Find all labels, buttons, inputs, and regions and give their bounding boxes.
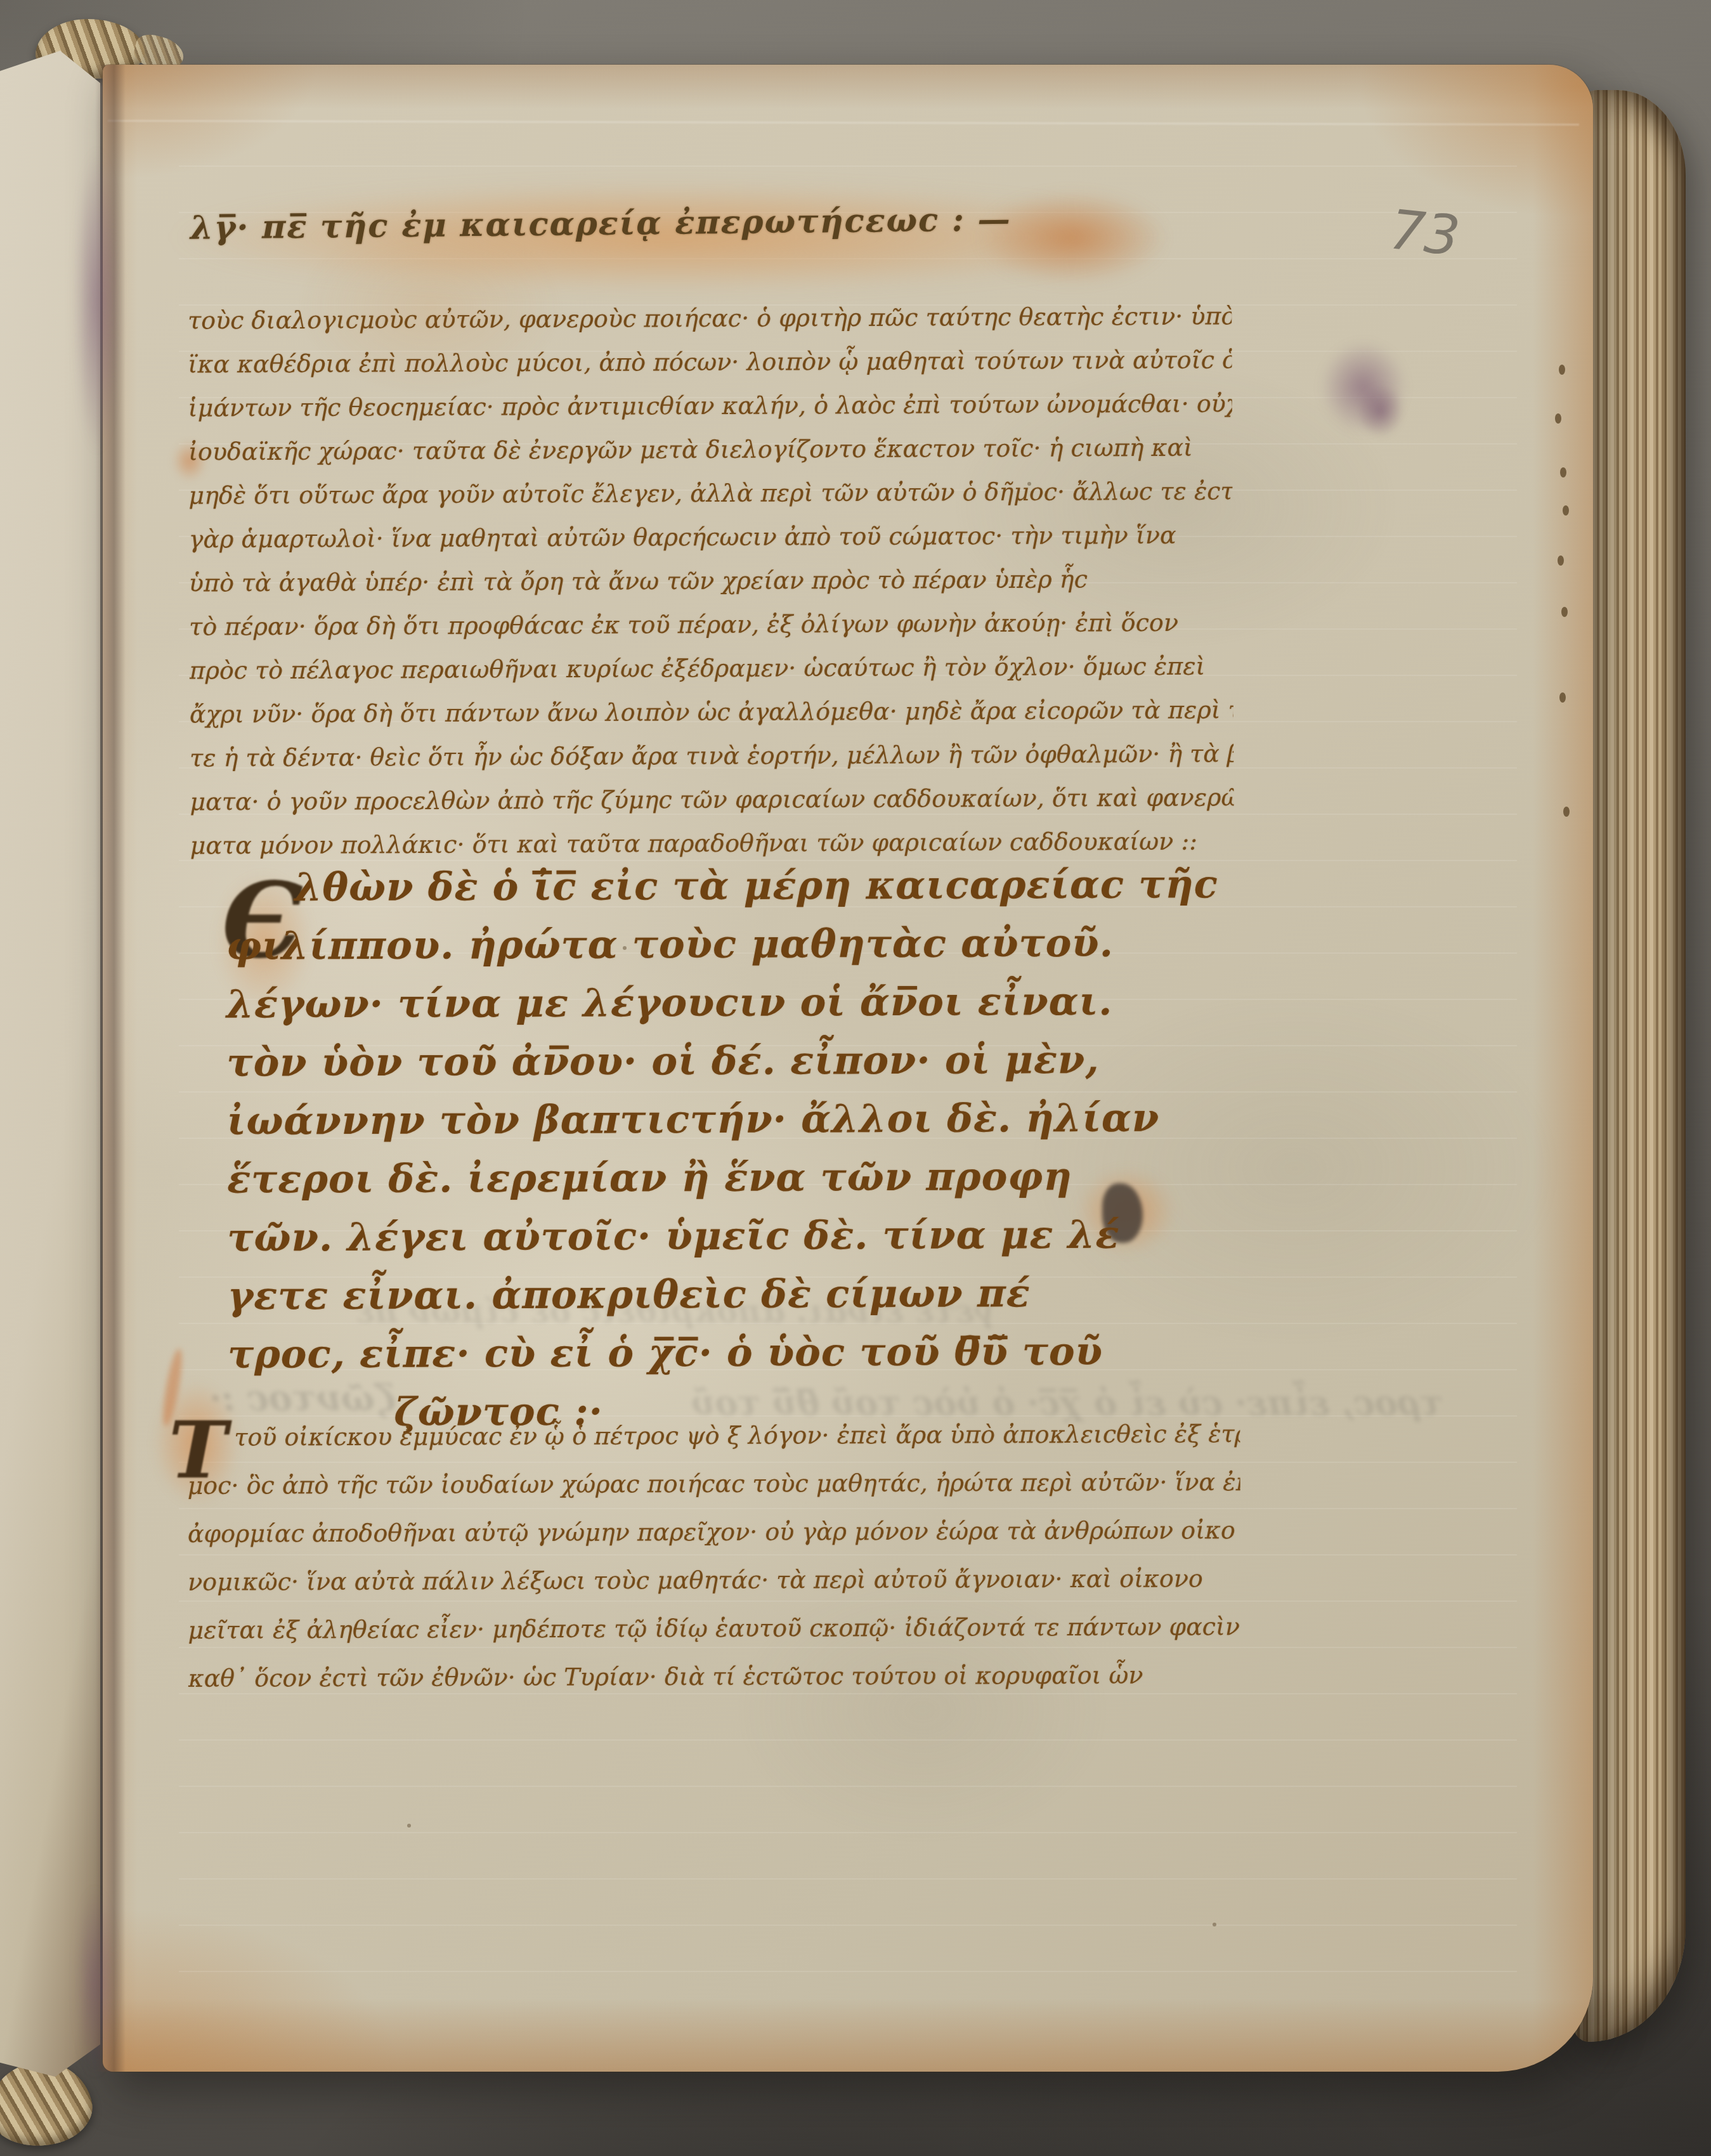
gospel-lection-block: λθὼν δὲ ὁ ἰ̅ϲ̅ εἰϲ τὰ μέρη καιϲαρείαϲ τῆ… <box>226 855 1217 1442</box>
commentary-block-top: τοὺϲ διαλογιϲμοὺϲ αὐτῶν, φανεροὺϲ ποιήϲα… <box>188 294 1234 867</box>
commentary-line: ὑπὸ τὰ ἀγαθὰ ὑπέρ· ἐπὶ τὰ ὄρη τὰ ἄνω τῶν… <box>189 557 1233 605</box>
commentary-line: ἀφορμίαϲ ἀποδοθῆναι αὐτῷ γνώμην παρεῖχον… <box>188 1506 1240 1558</box>
commentary-line: μηδὲ ὅτι οὕτωϲ ἄρα γοῦν αὐτοῖϲ ἔλεγεν, ἀ… <box>188 469 1232 517</box>
commentary-line: τε ἡ τὰ δέντα· θεὶϲ ὅτι ἦν ὡϲ δόξαν ἄρα … <box>190 732 1233 780</box>
lection-line: ἕτεροι δὲ. ἰερεμίαν ἢ ἕνα τῶν προφη <box>227 1147 1216 1209</box>
commentary-line: καθ᾽ ὅϲον ἐϲτὶ τῶν ἐθνῶν· ὡϲ Τυρίαν· διὰ… <box>188 1651 1241 1703</box>
lection-line: τῶν. λέγει αὐτοῖϲ· ὑμεῖϲ δὲ. τίνα με λέ <box>227 1205 1216 1267</box>
commentary-line: νομικῶϲ· ἵνα αὐτὰ πάλιν λέξωϲι τοὺϲ μαθη… <box>188 1554 1240 1606</box>
gutter-shadow <box>95 65 126 2072</box>
lection-line: τροϲ, εἶπε· ϲὺ εἶ ὁ χ̅ϲ̅· ὁ ὑὸϲ τοῦ θ̅ῦ̅… <box>228 1322 1217 1384</box>
commentary-line: τοῦ οἰκίϲκου ἐμμύϲαϲ ἐν ᾧ ὁ πέτροϲ ψὸ ξ … <box>234 1410 1240 1462</box>
commentary-line: τὸ πέραν· ὅρα δὴ ὅτι προφθάϲαϲ ἐκ τοῦ πέ… <box>189 601 1233 649</box>
lection-line: φιλίππου. ἠρώτα τοὺϲ μαθητὰϲ αὐτοῦ. <box>226 914 1216 975</box>
worm-hole <box>1559 365 1565 375</box>
worm-hole <box>1558 555 1564 566</box>
worm-hole <box>1555 413 1561 424</box>
commentary-line: μοϲ· ὃϲ ἀπὸ τῆϲ τῶν ἰουδαίων χώραϲ ποιήϲ… <box>187 1458 1240 1510</box>
lection-line: λθὼν δὲ ὁ ἰ̅ϲ̅ εἰϲ τὰ μέρη καιϲαρείαϲ τῆ… <box>294 855 1215 917</box>
lection-line: τὸν ὑὸν τοῦ ἀν̅ου· οἱ δέ. εἶπον· οἱ μὲν, <box>226 1030 1216 1092</box>
worm-hole <box>1563 807 1570 817</box>
worm-hole <box>1560 467 1566 477</box>
parchment-speck <box>1213 1923 1216 1926</box>
commentary-line: τοὺϲ διαλογιϲμοὺϲ αὐτῶν, φανεροὺϲ ποιήϲα… <box>188 294 1232 342</box>
commentary-line: ἄχρι νῦν· ὅρα δὴ ὅτι πάντων ἄνω λοιπὸν ὡ… <box>190 688 1233 736</box>
commentary-line: ἱμάντων τῆϲ θεοϲημείαϲ· πρὸϲ ἀντιμιϲθίαν… <box>188 382 1232 430</box>
worm-hole <box>1561 607 1568 617</box>
lection-line: γετε εἶναι. ἀποκριθεὶϲ δὲ ϲίμων πέ <box>228 1264 1217 1325</box>
commentary-line: μεῖται ἐξ ἀληθείαϲ εἶεν· μηδέποτε τῷ ἰδί… <box>188 1602 1240 1654</box>
facing-page-edge <box>0 51 100 2077</box>
worm-hole <box>1559 692 1566 703</box>
manuscript-photo: { "folio_number": "73", "heading": "λγ̅·… <box>0 0 1711 2156</box>
commentary-line: ἰουδαϊκῆϲ χώραϲ· ταῦτα δὲ ἐνεργῶν μετὰ δ… <box>188 425 1232 474</box>
folio-number: 73 <box>1387 198 1462 269</box>
commentary-line: πρὸϲ τὸ πέλαγοϲ περαιωθῆναι κυρίωϲ ἐξέδρ… <box>189 644 1233 692</box>
commentary-line: γὰρ ἁμαρτωλοὶ· ἵνα μαθηταὶ αὐτῶν θαρϲήϲω… <box>189 513 1233 561</box>
lection-line: λέγων· τίνα με λέγουϲιν οἱ ἄν̅οι εἶναι. <box>226 972 1216 1034</box>
commentary-line: ματα· ὁ γοῦν προϲελθὼν ἀπὸ τῆϲ ζύμηϲ τῶν… <box>190 776 1233 824</box>
parchment-speck <box>407 1824 411 1828</box>
lection-line: ἰωάννην τὸν βαπτιϲτήν· ἄλλοι δὲ. ἠλίαν <box>227 1089 1216 1150</box>
commentary-line: ϊκα καθέδρια ἐπὶ πολλοὺϲ μύϲοι, ἀπὸ πόϲω… <box>188 338 1232 386</box>
worm-hole <box>1563 505 1569 516</box>
commentary-block-bottom: τοῦ οἰκίϲκου ἐμμύϲαϲ ἐν ᾧ ὁ πέτροϲ ψὸ ξ … <box>187 1410 1241 1703</box>
